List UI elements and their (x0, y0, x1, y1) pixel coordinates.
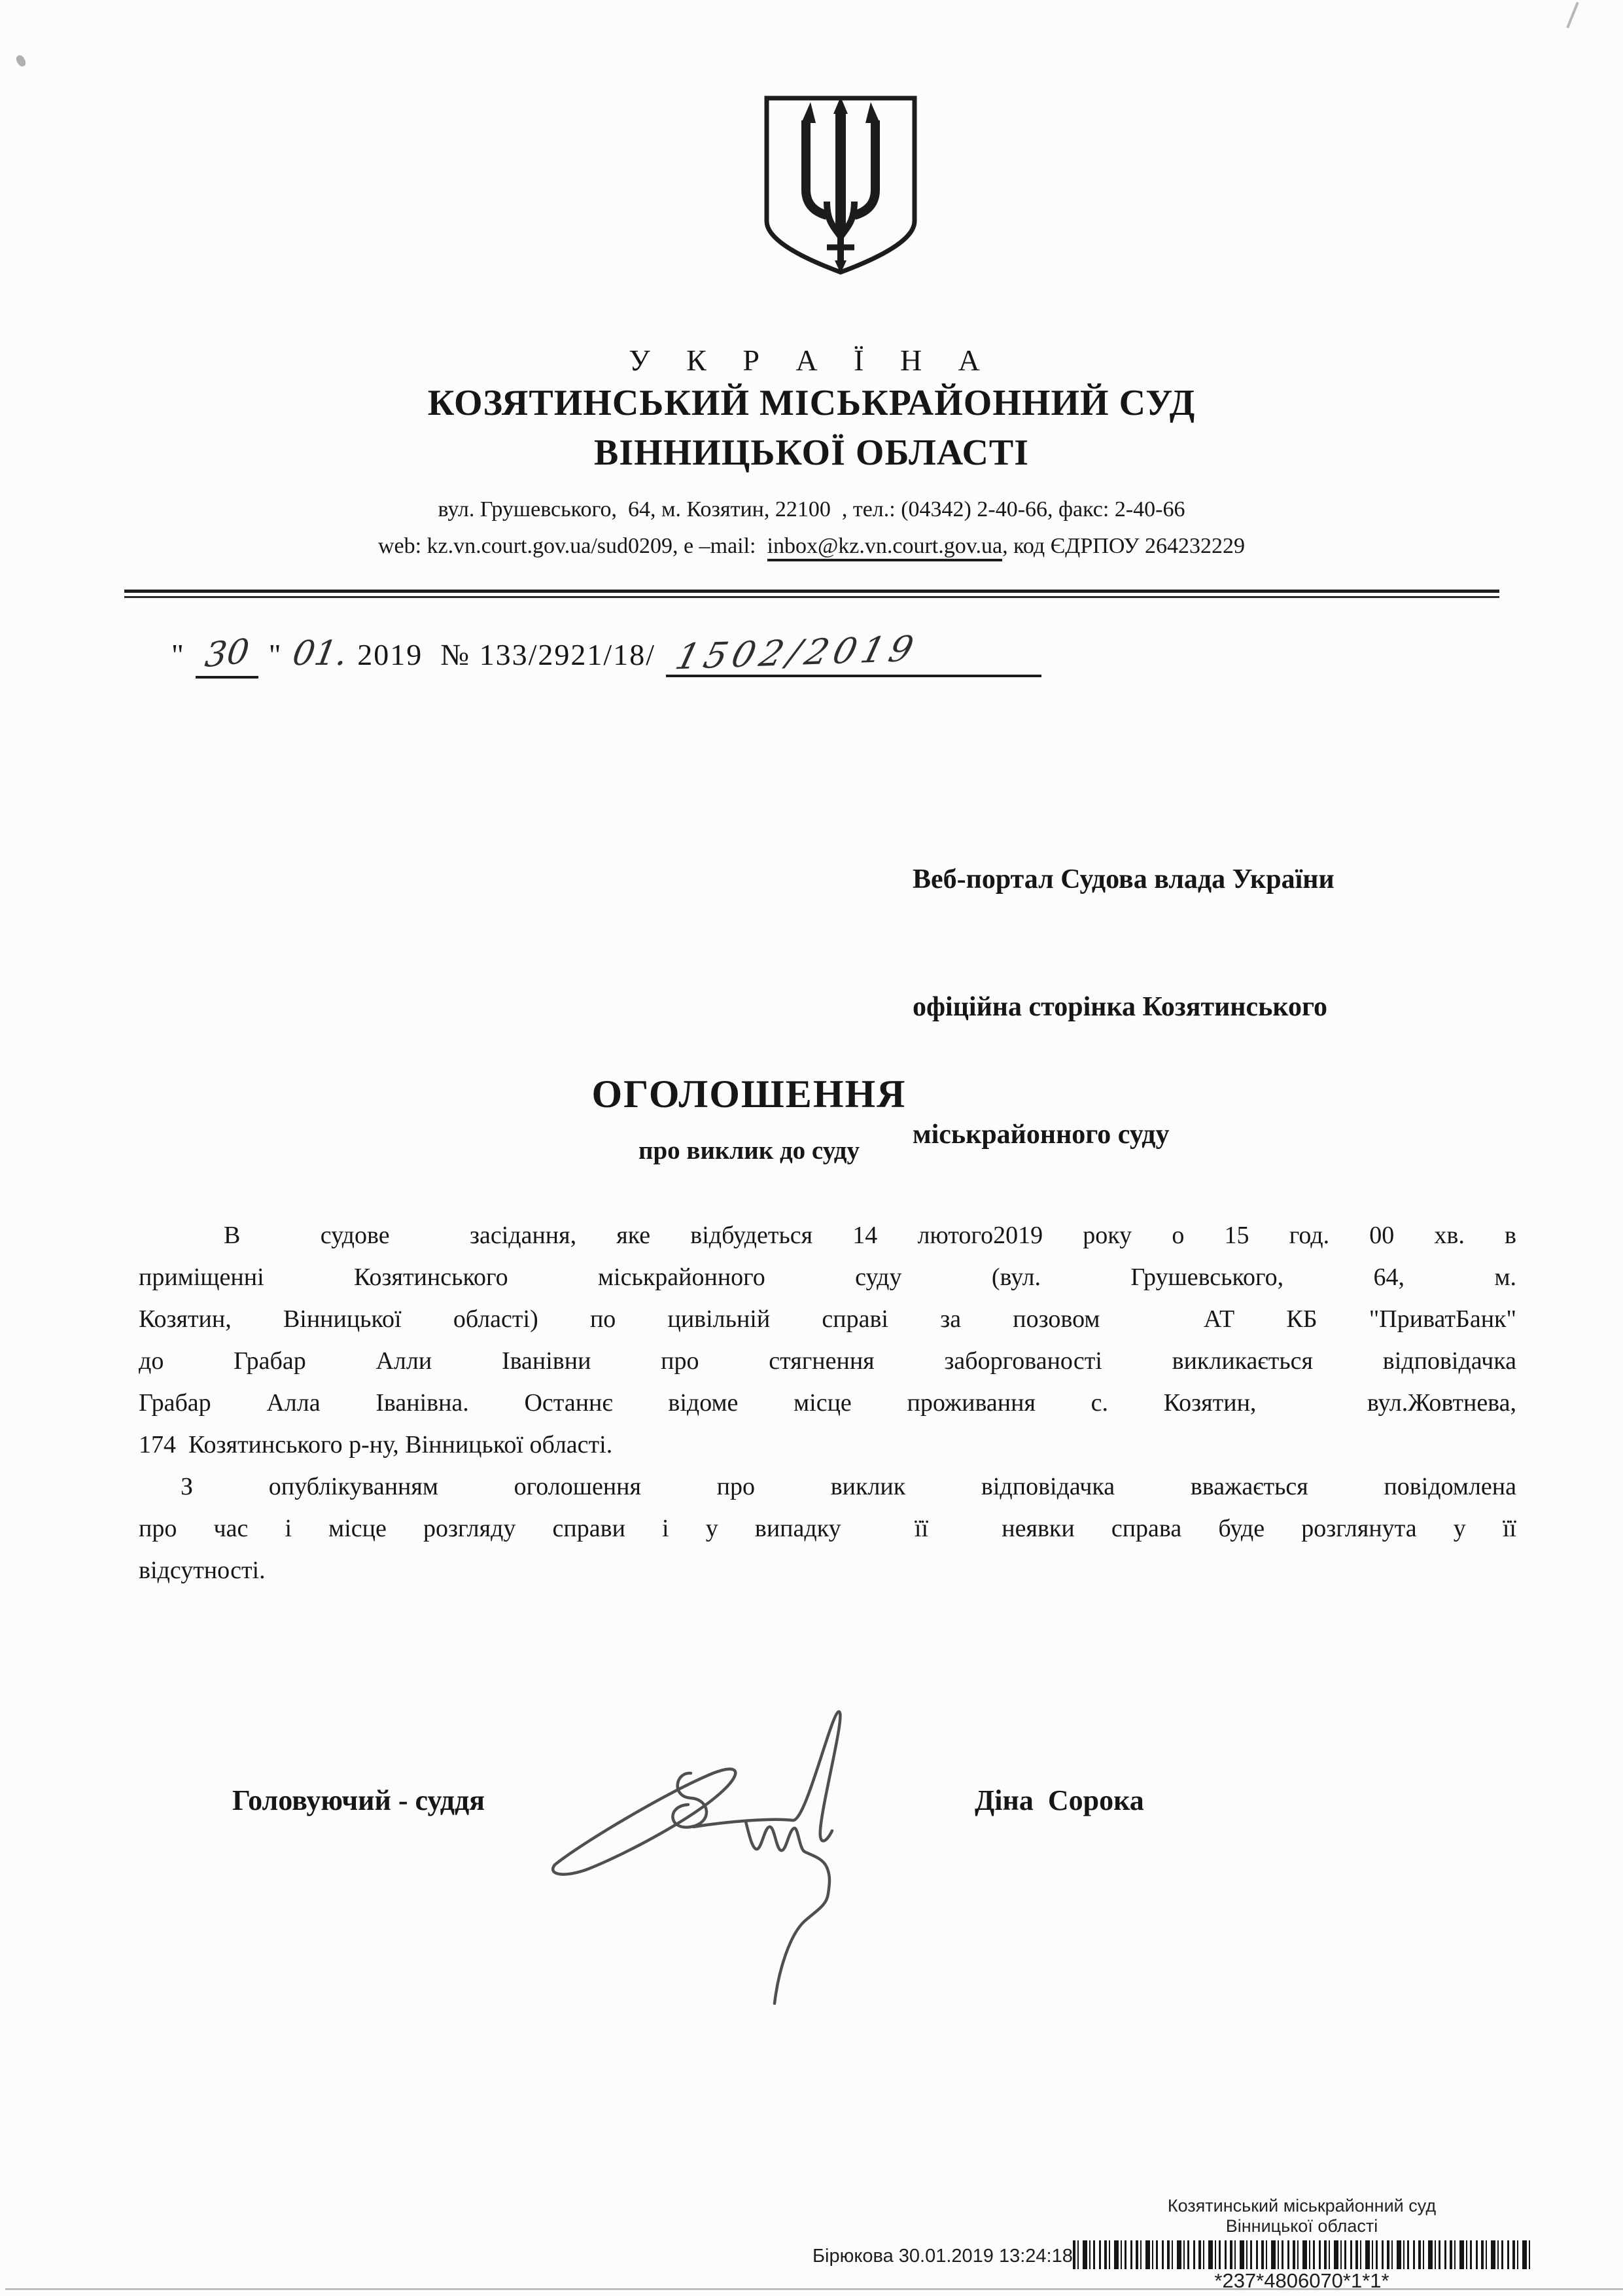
body-line: В судове засідання, яке відбудеться 14 л… (139, 1214, 1516, 1256)
footer-court-name: Козятинський міськрайонний суд Вінницько… (1099, 2196, 1505, 2236)
handwritten-month: 01. (289, 634, 350, 673)
body-line: Козятин, Вінницької області) по цивільні… (139, 1298, 1516, 1340)
reference-line: " 30 " 01. 2019 № 133/2921/18/ 1502/2019 (171, 632, 1041, 679)
scanned-court-letter: У К Р А Ї Н А КОЗЯТИНСЬКИЙ МІСЬКРАЙОННИЙ… (0, 0, 1623, 2296)
country-name: У К Р А Ї Н А (0, 343, 1623, 378)
handwritten-day: 30 (196, 634, 258, 679)
addressee-line: офіційна сторінка Козятинського (913, 986, 1335, 1029)
scan-artifact (1566, 2, 1579, 28)
addressee-block: Веб-портал Судова влада України офіційна… (913, 773, 1335, 1241)
body-line: про час і місце розгляду справи і у випа… (139, 1508, 1516, 1549)
court-contacts: web: kz.vn.court.gov.ua/sud0209, e –mail… (0, 534, 1623, 559)
body-line: відсутності. (139, 1549, 1516, 1591)
body-line: приміщенні Козятинського міськрайонного … (139, 1256, 1516, 1298)
judge-signature (497, 1602, 890, 2034)
announcement-body: В судове засідання, яке відбудеться 14 л… (139, 1214, 1516, 1591)
court-name-line1: КОЗЯТИНСЬКИЙ МІСЬКРАЙОННИЙ СУД (0, 382, 1623, 424)
court-name-line2: ВІННИЦЬКОЇ ОБЛАСТІ (0, 432, 1623, 474)
judge-role-label: Головуючий - суддя (232, 1784, 485, 1817)
court-address: вул. Грушевського, 64, м. Козятин, 22100… (0, 497, 1623, 522)
edrpou-code: , код ЄДРПОУ 264232229 (1002, 534, 1245, 558)
addressee-line: Веб-портал Судова влада України (913, 858, 1335, 901)
registration-stamp: Бірюкова 30.01.2019 13:24:18 (812, 2246, 1073, 2267)
letterhead-divider (124, 590, 1499, 598)
document-number: 2019 № 133/2921/18/ (357, 637, 655, 672)
scan-artifact (14, 54, 27, 68)
web-address: web: kz.vn.court.gov.ua/sud0209, e –mail… (378, 534, 767, 558)
judge-name: Діна Сорока (975, 1784, 1144, 1817)
body-line: 174 Козятинського р-ну, Вінницької облас… (139, 1424, 1516, 1466)
footer-court-line: Вінницької області (1099, 2216, 1505, 2236)
court-email: inbox@kz.vn.court.gov.ua (767, 534, 1003, 561)
body-line: до Грабар Алли Іванівни про стягнення за… (139, 1340, 1516, 1382)
handwritten-outgoing-number: 1502/2019 (666, 632, 1041, 677)
announcement-title: ОГОЛОШЕННЯ (0, 1072, 1498, 1117)
body-line: З опублікуванням оголошення про виклик в… (139, 1466, 1516, 1508)
footer-court-line: Козятинський міськрайонний суд (1099, 2196, 1505, 2216)
ukraine-coat-of-arms-icon (760, 93, 921, 278)
open-quote: " (171, 637, 185, 672)
announcement-subtitle: про виклик до суду (0, 1136, 1498, 1165)
barcode (1073, 2240, 1532, 2269)
scan-edge-line (5, 2288, 1623, 2290)
body-line: Грабар Алла Іванівна. Останнє відоме міс… (139, 1382, 1516, 1424)
close-quote: " (269, 637, 283, 672)
